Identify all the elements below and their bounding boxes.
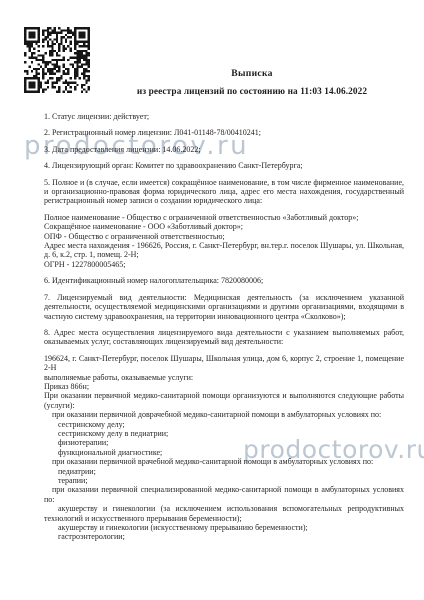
org-detail-line: Адрес места нахождения - 196626, Россия,… bbox=[44, 241, 404, 260]
service-line: при оказании первичной врачебной медико-… bbox=[44, 457, 404, 466]
org-info-heading: 5. Полное и (в случае, если имеется) сок… bbox=[44, 178, 404, 206]
taxpayer-inn: 6. Идентификационный номер налогоплатель… bbox=[44, 276, 404, 285]
service-line: педиатрии; bbox=[44, 467, 404, 476]
service-line: физиотерапии; bbox=[44, 438, 404, 447]
org-detail-line: Полное наименование - Общество с огранич… bbox=[44, 213, 404, 222]
service-line: функциональной диагностике; bbox=[44, 448, 404, 457]
qr-code-icon bbox=[24, 27, 90, 93]
service-line: акушерству и гинекологии (искусственному… bbox=[44, 523, 404, 532]
primary-care-intro: При оказании первичной медико-санитарной… bbox=[44, 391, 404, 410]
license-reg-number: 2. Регистрационный номер лицензии: Л041-… bbox=[44, 128, 404, 137]
activity-details: 196624, г. Санкт-Петербург, поселок Шуша… bbox=[44, 354, 404, 542]
service-line: гастроэнтерологии; bbox=[44, 532, 404, 541]
licensed-activity-type: 7. Лицензируемый вид деятельности: Медиц… bbox=[44, 293, 404, 321]
service-line: при оказании первичной специализированно… bbox=[44, 485, 404, 504]
service-line: сестринскому делу; bbox=[44, 420, 404, 429]
license-extract-page: Выписка из реестра лицензий по состоянию… bbox=[0, 0, 424, 600]
service-line: при оказании первичной доврачебной медик… bbox=[44, 410, 404, 419]
licensing-authority: 4. Лицензирующий орган: Комитет по здрав… bbox=[44, 161, 404, 170]
document-title: Выписка bbox=[96, 69, 408, 79]
activity-address-heading: 8. Адрес места осуществления лицензируем… bbox=[44, 328, 404, 347]
org-detail-line: Сокращённое наименование - ООО «Заботлив… bbox=[44, 222, 404, 231]
services-list: при оказании первичной доврачебной медик… bbox=[44, 410, 404, 542]
org-detail-line: ОПФ - Общество с ограниченной ответствен… bbox=[44, 232, 404, 241]
org-details: Полное наименование - Общество с огранич… bbox=[44, 213, 404, 269]
license-status: 1. Статус лицензии: действует; bbox=[44, 112, 404, 121]
service-line: сестринскому делу в педиатрии; bbox=[44, 429, 404, 438]
document-body: 1. Статус лицензии: действует; 2. Регист… bbox=[44, 112, 404, 549]
works-intro: выполняемые работы, оказываемые услуги: bbox=[44, 373, 404, 382]
license-grant-date: 3. Дата предоставления лицензии: 14.06.2… bbox=[44, 145, 404, 154]
org-detail-line: ОГРН - 1227800005465; bbox=[44, 260, 404, 269]
document-subtitle: из реестра лицензий по состоянию на 11:0… bbox=[96, 87, 408, 97]
document-header: Выписка из реестра лицензий по состоянию… bbox=[96, 69, 408, 97]
service-line: акушерству и гинекологии (за исключением… bbox=[44, 504, 404, 523]
order-reference: Приказ 866н; bbox=[44, 382, 404, 391]
activity-address: 196624, г. Санкт-Петербург, поселок Шуша… bbox=[44, 354, 404, 373]
service-line: терапии; bbox=[44, 476, 404, 485]
